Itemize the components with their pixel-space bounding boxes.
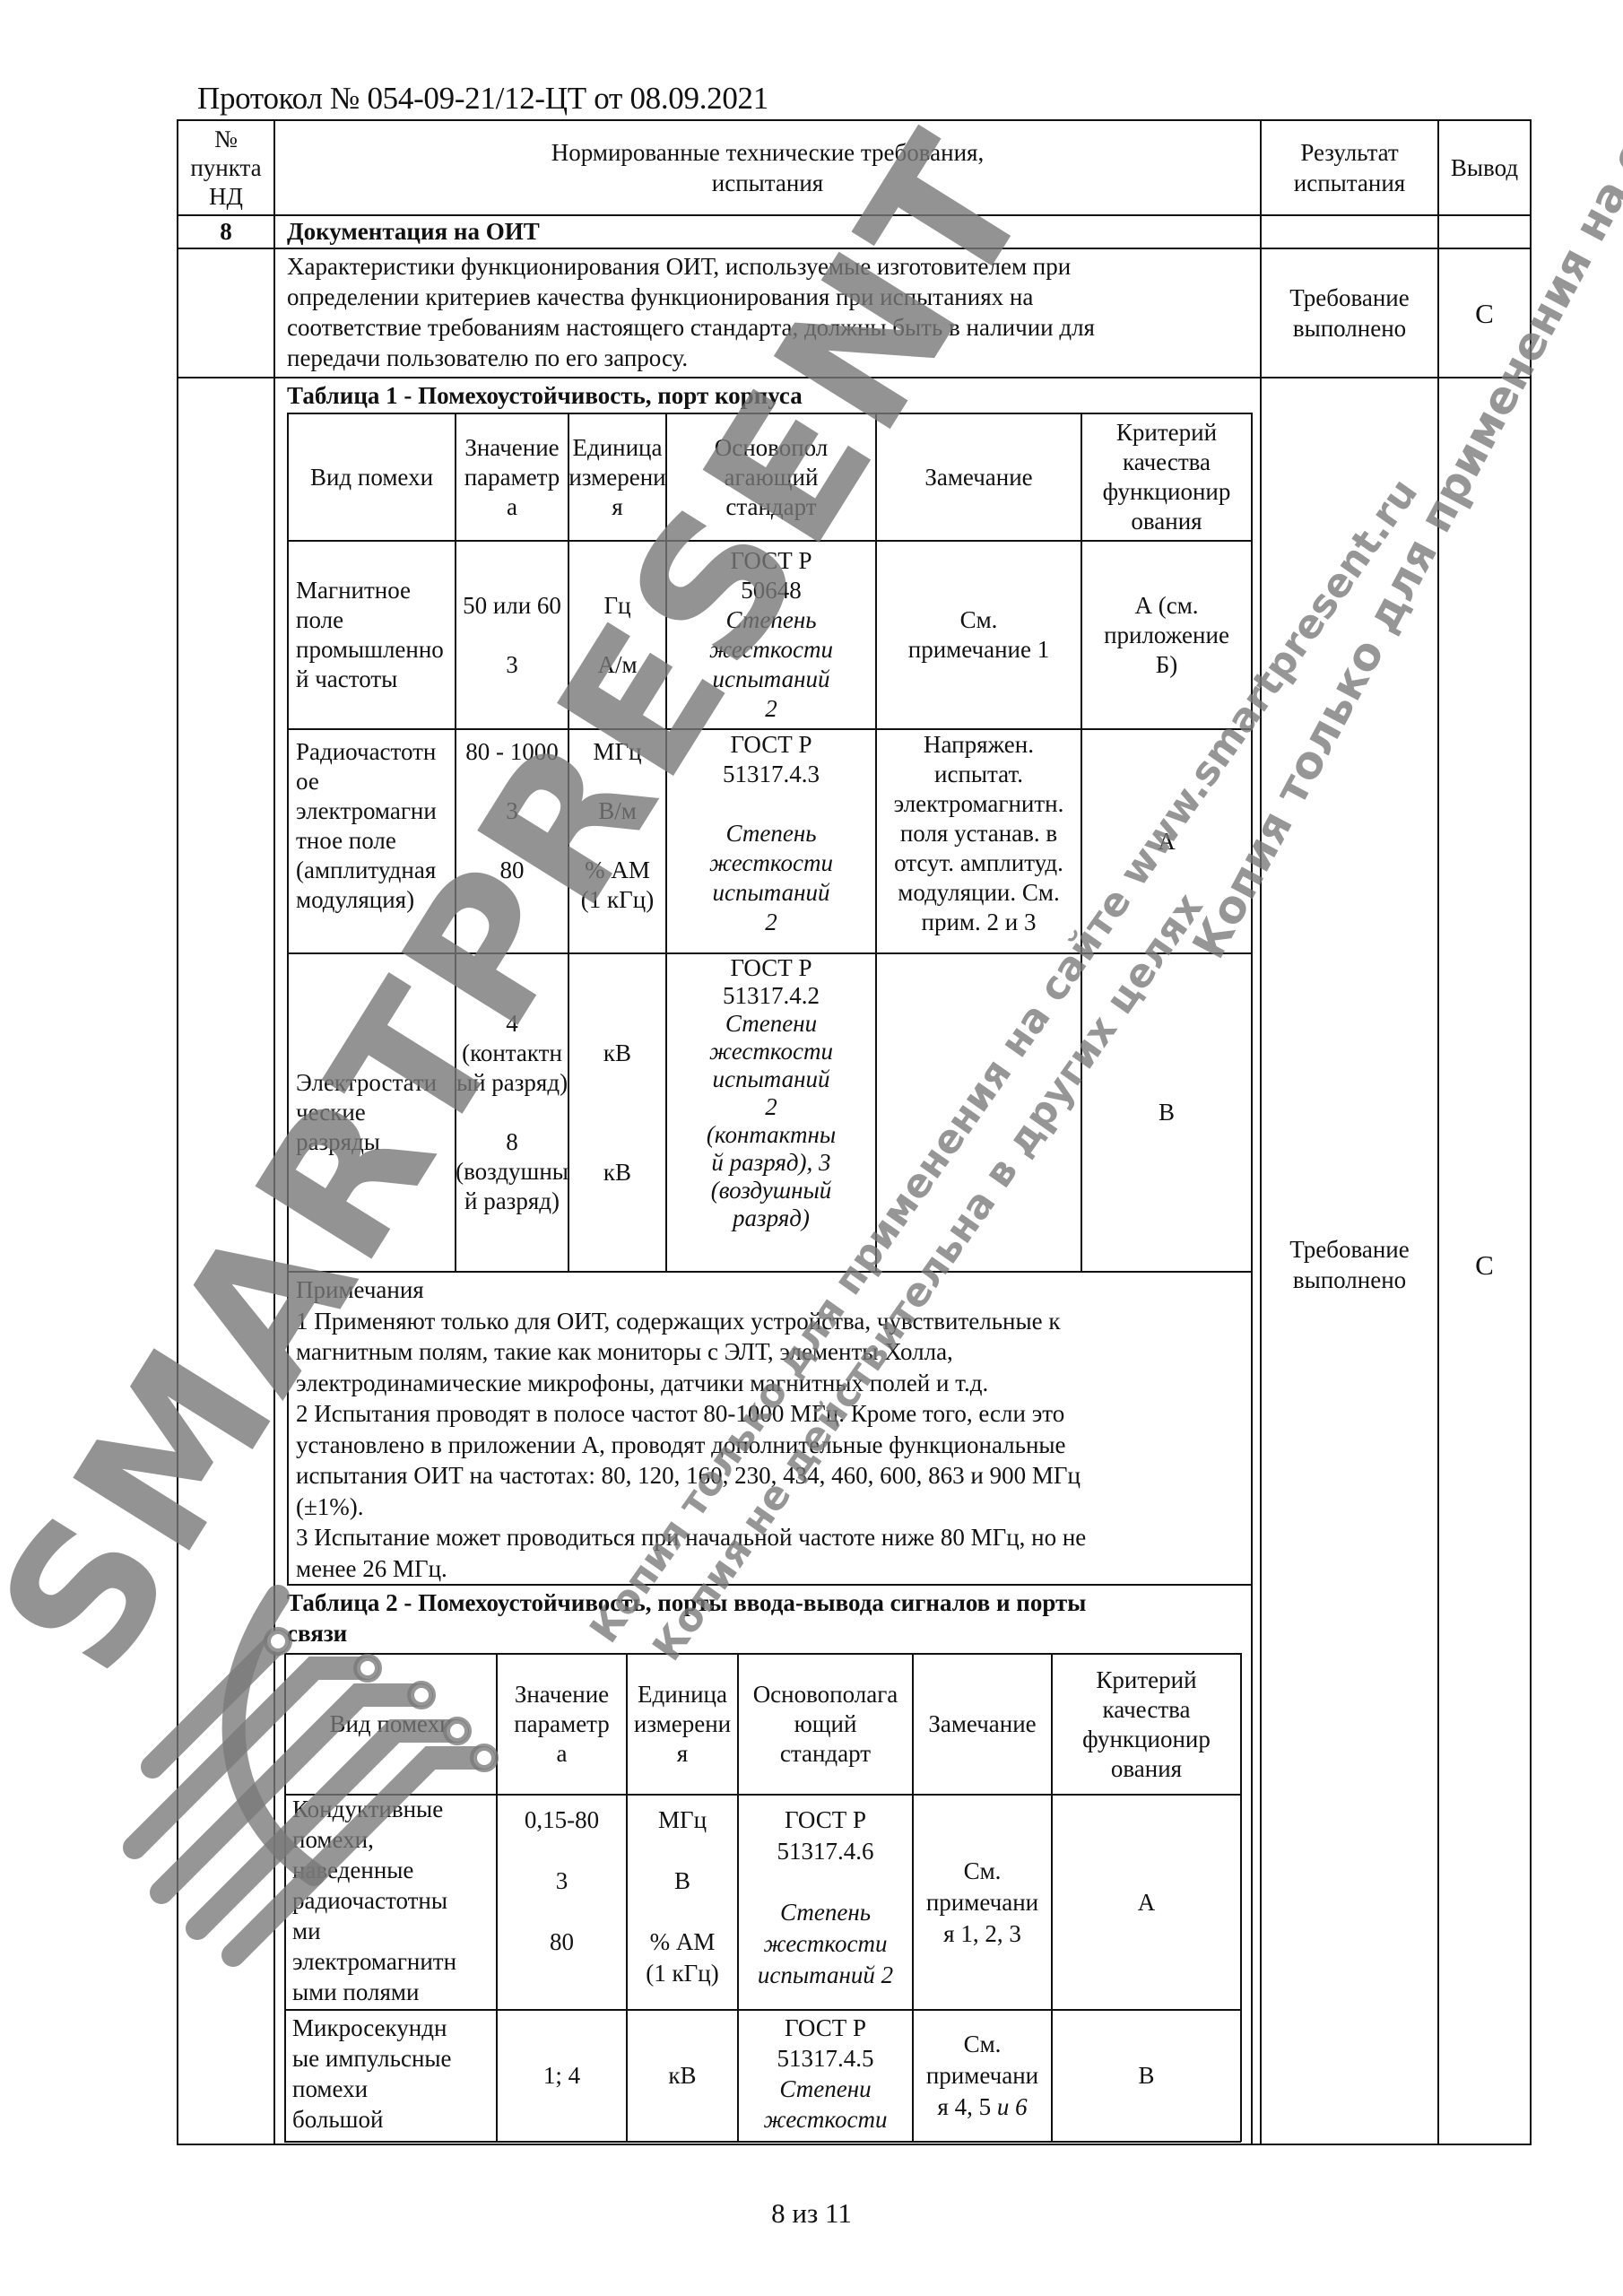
protocol-title: Протокол № 054-09-21/12-ЦТ от 08.09.2021 [197, 81, 768, 117]
t1-line [287, 1584, 1252, 1586]
cell-text: кВ [603, 1158, 631, 1187]
cell-text: приложение [1104, 621, 1229, 650]
t2-line [1240, 1653, 1242, 2142]
t1-cell-value: 50 или 60 3 [456, 542, 568, 728]
cell-text: примечани [926, 2060, 1038, 2092]
cell-text: А (см. [1134, 591, 1198, 621]
header-text: Критерий [1096, 1665, 1196, 1695]
note-line: испытания ОИТ на частотах: 80, 120, 160,… [296, 1460, 1246, 1492]
header-text: стандарт [725, 492, 816, 522]
cell-text: (воздушны [456, 1157, 568, 1187]
cell-text: ыми полями [292, 1977, 419, 2007]
cell-text: (1 кГц) [646, 1958, 718, 1989]
cell-text: испытаний [713, 665, 830, 694]
header-text: ющий [794, 1709, 857, 1739]
header-text: Единица [638, 1680, 727, 1709]
cell-text: 3 [506, 650, 518, 680]
cell-text: наведенные [292, 1855, 413, 1885]
cell-text: Напряжен. [924, 730, 1034, 760]
result-text: выполнено [1293, 1265, 1406, 1295]
t2-cell-type: Микросекундн ые импульсные помехи большо… [292, 2013, 494, 2141]
cell-text: Степень [725, 605, 816, 635]
header-text: испытания [1294, 168, 1405, 198]
note-line: Примечания [296, 1274, 1246, 1306]
header-text: а [507, 492, 517, 522]
t1-header-value: Значение параметр а [456, 414, 568, 540]
header-text: ования [1131, 507, 1202, 536]
cell-text: ГОСТ Р [730, 730, 811, 760]
header-result: Результат испытания [1262, 121, 1437, 214]
cell-text: ый разряд) [456, 1068, 568, 1098]
cell-text: испытаний [713, 1065, 830, 1093]
caption-line: связи [287, 1618, 1246, 1648]
cell-text: поле [296, 605, 343, 635]
cell-text-mixed: я 4, 5 и 6 [937, 2092, 1027, 2123]
cell-text: (воздушный [711, 1177, 832, 1205]
cell-text: 51317.4.3 [723, 760, 820, 789]
cell-text: Кондуктивные [292, 1794, 443, 1824]
t2-cell-value: 0,15-80 3 80 [498, 1805, 626, 2009]
t1-cell-remark: Напряжен. испытат. электромагнитн. поля … [877, 730, 1081, 951]
t2-header-unit: Единица измерени я [628, 1655, 737, 1794]
requirement-text: Характеристики функционирования ОИТ, исп… [287, 251, 1255, 373]
column-divider [1437, 119, 1439, 2145]
t1-header-criterion: Критерий качества функционир ования [1082, 414, 1251, 540]
note-line: магнитным полям, такие как мониторы с ЭЛ… [296, 1336, 1246, 1368]
header-text: испытания [712, 168, 823, 198]
cell-text: й разряд), 3 [711, 1149, 830, 1177]
cell-text: См. [964, 1856, 1002, 1887]
note-line: установлено в приложении А, проводят доп… [296, 1430, 1246, 1461]
text-line: определении критериев качества функциони… [287, 282, 1255, 312]
header-text: Результат [1300, 137, 1398, 168]
cell-text: Магнитное [296, 576, 411, 605]
header-text: Замечание [924, 463, 1032, 492]
cell-text: 80 - 1000 [465, 737, 559, 767]
t2-cell-unit: МГц В % АМ (1 кГц) [628, 1805, 737, 2009]
header-text: функционир [1082, 1725, 1211, 1754]
t1-cell-criterion: В [1082, 954, 1251, 1271]
text-line: соответствие требованиям настоящего стан… [287, 312, 1255, 343]
header-requirements: Нормированные технические требования, ис… [275, 121, 1260, 214]
t1-cell-type: Магнитное поле промышленно й частоты [296, 542, 453, 728]
result-text: Требование [1289, 283, 1409, 313]
cell-text: я 4, 5 [937, 2093, 996, 2120]
header-text: измерени [634, 1709, 731, 1739]
result-cell: Требование выполнено [1262, 249, 1437, 377]
cell-text: ое [296, 767, 319, 796]
note-line: электродинамические микрофоны, датчики м… [296, 1368, 1246, 1399]
cell-text: Радиочастотн [296, 737, 436, 767]
header-text: Единица [572, 433, 662, 463]
t2-line [284, 2141, 1241, 2143]
cell-text: ГОСТ Р [785, 2013, 866, 2043]
header-text: параметр [514, 1709, 610, 1739]
header-clause-no: № пункта НД [178, 121, 273, 214]
header-text: качества [1123, 448, 1211, 477]
cell-text: кВ [668, 2061, 696, 2091]
t1-cell-criterion: А (см. приложение Б) [1082, 542, 1251, 728]
cell-text: электромагни [296, 796, 437, 826]
cell-text: помехи [292, 2074, 368, 2104]
t1-line [287, 413, 289, 1585]
row-divider [177, 377, 1531, 378]
cell-text: модуляция) [296, 885, 414, 915]
cell-text: Б) [1156, 650, 1178, 680]
cell-text: я 1, 2, 3 [943, 1918, 1021, 1950]
header-text: я [612, 492, 622, 522]
note-line: менее 26 МГц. [296, 1553, 1246, 1585]
cell-text: ые импульсные [292, 2043, 452, 2074]
cell-text: жесткости [764, 1928, 888, 1960]
cell-text: жесткости [709, 635, 833, 665]
cell-text: испытаний [713, 878, 830, 908]
header-text: стандарт [780, 1739, 871, 1769]
header-text: агающий [725, 463, 819, 492]
cell-text: Гц [603, 591, 630, 621]
cell-text: 51317.4.5 [777, 2043, 874, 2074]
cell-text: В [1159, 1098, 1175, 1127]
cell-text: А [1138, 1888, 1156, 1918]
header-text: а [557, 1739, 568, 1769]
cell-text: Степень [725, 819, 816, 848]
conclusion-cell: С [1439, 249, 1530, 377]
t2-cell-criterion: А [1053, 1796, 1240, 2009]
t2-line [1251, 1584, 1253, 2144]
t1-cell-standard: ГОСТ Р 51317.4.3 Степень жесткости испыт… [667, 730, 875, 951]
cell-text: разряд) [733, 1205, 810, 1232]
header-text: параметр [464, 463, 560, 492]
cell-text: радиочастотны [292, 1885, 447, 1916]
conclusion-text: С [1475, 299, 1494, 328]
result-text: выполнено [1293, 313, 1406, 344]
t2-cell-remark: См. примечани я 4, 5 и 6 [914, 2011, 1051, 2141]
header-text: Критерий [1116, 418, 1217, 448]
cell-text: испытат. [934, 760, 1023, 789]
header-text: функционир [1103, 477, 1231, 507]
note-line: (±1%). [296, 1492, 1246, 1523]
cell-text: А [1158, 827, 1176, 857]
result-text: Требование [1289, 1234, 1409, 1265]
cell-text: модуляции. См. [898, 878, 1059, 908]
header-text: Замечание [928, 1709, 1036, 1739]
caption-line: Таблица 2 - Помехоустойчивость, порты вв… [287, 1587, 1246, 1618]
t2-cell-type: Кондуктивные помехи, наведенные радиочас… [292, 1794, 494, 2009]
cell-text: жесткости [764, 2104, 888, 2135]
t2-cell-remark: См. примечани я 1, 2, 3 [914, 1796, 1051, 2009]
t1-cell-type: Радиочастотн ое электромагни тное поле (… [296, 737, 453, 951]
header-text: пункта [190, 153, 261, 182]
section-number-text: 8 [220, 217, 232, 247]
cell-text: ческие [296, 1098, 366, 1127]
cell-text: разряды [296, 1127, 380, 1157]
cell-text: 51317.4.2 [723, 982, 820, 1010]
table-1-caption: Таблица 1 - Помехоустойчивость, порт кор… [287, 380, 803, 412]
cell-text: Степени [779, 2074, 871, 2104]
note-line: 2 Испытания проводят в полосе частот 80-… [296, 1398, 1246, 1430]
cell-text: Степени [725, 1010, 817, 1038]
cell-text: 51317.4.6 [777, 1836, 874, 1867]
t1-cell-unit: МГц В/м % АМ (1 кГц) [569, 737, 665, 951]
t1-header-unit: Единица измерени я [569, 414, 665, 540]
cell-text: 3 [506, 796, 518, 826]
t1-cell-unit: Гц А/м [569, 542, 665, 728]
note-line: 1 Применяют только для ОИТ, содержащих у… [296, 1306, 1246, 1337]
t1-cell-value: 4 (контактн ый разряд) 8 (воздушны й раз… [456, 954, 568, 1271]
cell-text: См. [964, 2029, 1002, 2060]
cell-text: отсут. амплитуд. [894, 848, 1063, 878]
header-text: № [214, 125, 238, 153]
cell-text: В/м [598, 796, 637, 826]
cell-text: (контактны [707, 1121, 836, 1149]
cell-text: 3 [556, 1865, 568, 1897]
t1-header-standard: Основопол агающий стандарт [667, 414, 875, 540]
t2-cell-standard: ГОСТ Р 51317.4.5 Степени жесткости [739, 2013, 912, 2141]
note-line: 3 Испытание может проводиться при началь… [296, 1522, 1246, 1553]
header-text: качества [1102, 1695, 1190, 1725]
t1-cell-unit: кВ кВ [569, 954, 665, 1271]
cell-text: МГц [593, 737, 641, 767]
cell-text: Степень [780, 1897, 871, 1928]
t1-cell-criterion: А [1082, 730, 1251, 952]
cell-text: 2 [765, 694, 777, 724]
t2-header-remark: Замечание [914, 1655, 1051, 1794]
cell-text: испытаний 2 [758, 1960, 893, 1991]
cell-text: поля устанав. в [900, 819, 1057, 848]
section-title: Документация на ОИТ [287, 216, 1255, 248]
t2-header-type: Вид помехи [286, 1655, 496, 1794]
header-text: Основопол [715, 433, 829, 463]
t1-cell-value: 80 - 1000 3 80 [456, 737, 568, 951]
cell-text: большой [292, 2104, 383, 2135]
cell-text: (контактн [462, 1039, 562, 1068]
header-text: Вид помехи [310, 463, 433, 492]
t1-line [1251, 413, 1253, 1585]
cell-text: ГОСТ Р [730, 546, 811, 576]
header-text: ования [1111, 1754, 1182, 1784]
cell-text: помехи, [292, 1824, 374, 1855]
header-conclusion: Вывод [1439, 121, 1530, 214]
table-border-left [177, 119, 178, 2145]
cell-text: См. [960, 605, 998, 635]
cell-text: жесткости [709, 1038, 833, 1065]
cell-text: 4 [506, 1009, 518, 1039]
cell-text: 50 или 60 [463, 591, 561, 621]
header-text: Значение [515, 1680, 609, 1709]
table-2-caption: Таблица 2 - Помехоустойчивость, порты вв… [287, 1587, 1246, 1648]
t2-cell-value: 1; 4 [498, 2011, 626, 2141]
cell-text: ГОСТ Р [785, 1805, 866, 1836]
column-divider [273, 119, 275, 2145]
cell-text: 2 [765, 1093, 777, 1121]
cell-text: й разряд) [464, 1187, 560, 1216]
t2-cell-unit: кВ [628, 2011, 737, 2141]
cell-text: В [674, 1865, 690, 1897]
t1-cell-remark: См. примечание 1 [877, 542, 1081, 728]
cell-text: А/м [597, 650, 637, 680]
cell-text: 8 [506, 1127, 518, 1157]
t2-header-criterion: Критерий качества функционир ования [1053, 1655, 1240, 1794]
header-text: Нормированные технические требования, [551, 137, 984, 168]
conclusion-cell: С [1439, 1229, 1530, 1300]
conclusion-text: С [1475, 1250, 1494, 1280]
header-text: Основополага [753, 1680, 898, 1709]
cell-text: МГц [658, 1805, 707, 1836]
t1-cell-standard: ГОСТ Р 51317.4.2 Степени жесткости испыт… [667, 954, 875, 1271]
section-number: 8 [178, 216, 273, 248]
t2-cell-standard: ГОСТ Р 51317.4.6 Степень жесткости испыт… [739, 1805, 912, 2009]
cell-text: электромагнитн [292, 1946, 456, 1977]
t1-header-type: Вид помехи [289, 414, 455, 540]
t2-header-standard: Основополага ющий стандарт [739, 1655, 912, 1794]
cell-text: % АМ [650, 1926, 716, 1958]
t1-notes: Примечания 1 Применяют только для ОИТ, с… [296, 1274, 1246, 1584]
cell-text: 80 [500, 856, 525, 885]
column-divider [1260, 119, 1262, 2145]
header-text: НД [209, 182, 243, 211]
header-text: Значение [464, 433, 559, 463]
t1-cell-standard: ГОСТ Р 50648 Степень жесткости испытаний… [667, 542, 875, 728]
cell-text: ми [292, 1916, 321, 1946]
cell-text: жесткости [709, 848, 833, 878]
cell-text: электромагнитн. [894, 789, 1064, 819]
cell-text: прим. 2 и 3 [922, 908, 1037, 937]
cell-text: 80 [550, 1926, 574, 1958]
cell-text: ГОСТ Р [730, 954, 811, 982]
header-text: Вид помехи [329, 1709, 452, 1739]
cell-text: % АМ [585, 856, 650, 885]
result-cell: Требование выполнено [1262, 1229, 1437, 1300]
t2-header-value: Значение параметр а [498, 1655, 626, 1794]
page-number: 8 из 11 [0, 2197, 1623, 2230]
cell-text: промышленно [296, 635, 444, 665]
t1-line [287, 1271, 1252, 1273]
header-text: я [677, 1739, 688, 1769]
text-line: передачи пользователю по его запросу. [287, 343, 1255, 373]
cell-text: кВ [603, 1039, 631, 1068]
t1-cell-type: Электростати ческие разряды [296, 954, 453, 1271]
t2-cell-criterion: В [1053, 2011, 1240, 2141]
cell-text: примечани [926, 1887, 1038, 1918]
header-text: Вывод [1451, 153, 1518, 183]
cell-text: 1; 4 [543, 2061, 580, 2091]
cell-text: и 6 [997, 2093, 1028, 2120]
table-border-bottom [177, 2144, 1531, 2145]
cell-text: Электростати [296, 1068, 437, 1098]
table-border-right [1530, 119, 1532, 2145]
section-title-text: Документация на ОИТ [287, 217, 540, 247]
cell-text: В [1138, 2061, 1154, 2091]
cell-text: (амплитудная [296, 856, 436, 885]
cell-text: Микросекундн [292, 2013, 447, 2043]
cell-text: й частоты [296, 665, 397, 694]
cell-text: 50648 [741, 576, 802, 605]
cell-text: примечание 1 [908, 635, 1050, 665]
cell-text: тное поле [296, 826, 396, 856]
t1-header-remark: Замечание [877, 414, 1081, 540]
header-text: измерени [568, 463, 665, 492]
cell-text: 0,15-80 [525, 1805, 599, 1836]
cell-text: (1 кГц) [581, 885, 654, 915]
cell-text: 2 [765, 908, 777, 937]
text-line: Характеристики функционирования ОИТ, исп… [287, 251, 1255, 282]
